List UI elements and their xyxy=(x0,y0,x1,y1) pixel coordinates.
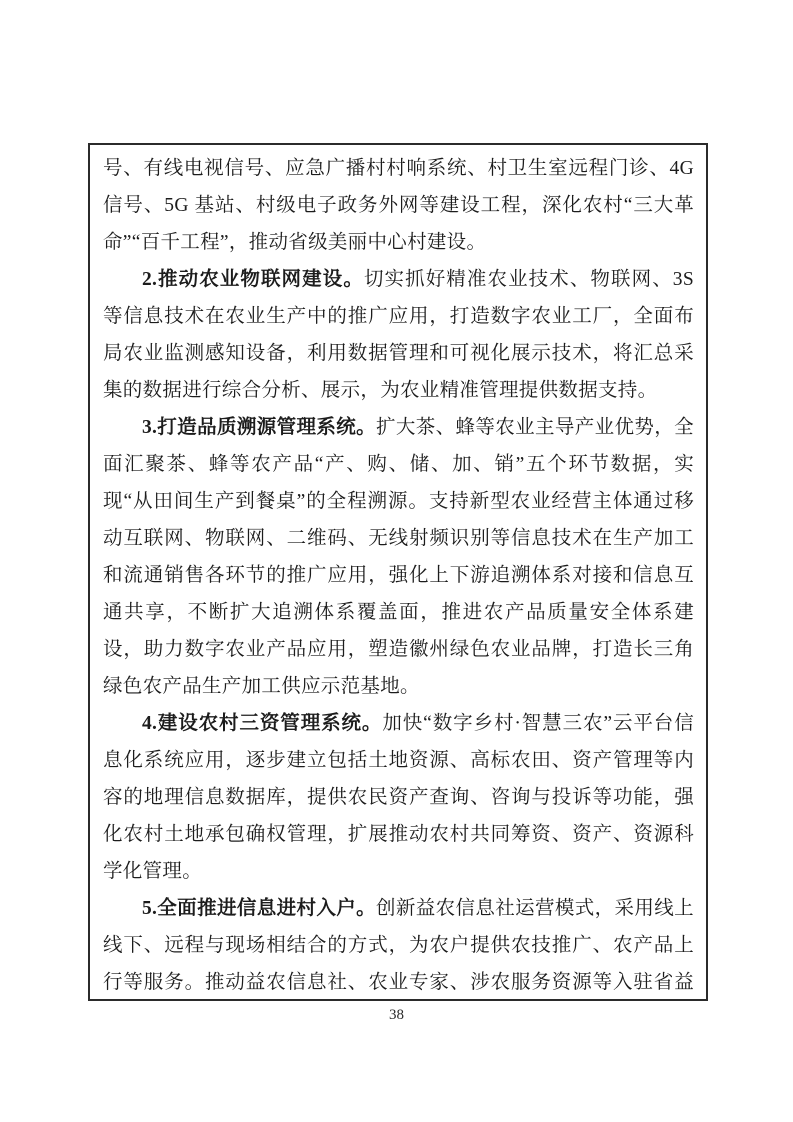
paragraph-body: 扩大茶、蜂等农业主导产业优势，全面汇聚茶、蜂等农产品“产、购、储、加、销”五个环… xyxy=(103,417,694,697)
paragraph-body: 加快“数字乡村·智慧三农”云平台信息化系统应用，逐步建立包括土地资源、高标农田、… xyxy=(103,713,694,882)
footer: 38 xyxy=(0,1006,793,1024)
page-number: 38 xyxy=(389,1007,404,1023)
paragraph-continuation: 号、有线电视信号、应急广播村村响系统、村卫生室远程门诊、4G 信号、5G 基站、… xyxy=(103,150,694,261)
paragraph-5-info-to-village: 5.全面推进信息进村入户。创新益农信息社运营模式，采用线上线下、远程与现场相结合… xyxy=(103,890,694,1001)
paragraph-lead: 5.全面推进信息进村入户。 xyxy=(142,898,376,919)
paragraph-2-agriculture-iot: 2.推动农业物联网建设。切实抓好精准农业技术、物联网、3S 等信息技术在农业生产… xyxy=(103,261,694,409)
paragraph-lead: 3.打造品质溯源管理系统。 xyxy=(142,417,376,438)
paragraph-3-quality-traceability: 3.打造品质溯源管理系统。扩大茶、蜂等农业主导产业优势，全面汇聚茶、蜂等农产品“… xyxy=(103,409,694,705)
document-page: 号、有线电视信号、应急广播村村响系统、村卫生室远程门诊、4G 信号、5G 基站、… xyxy=(0,0,793,1122)
table-cell-content-box: 号、有线电视信号、应急广播村村响系统、村卫生室远程门诊、4G 信号、5G 基站、… xyxy=(88,143,708,1001)
paragraph-lead: 4.建设农村三资管理系统。 xyxy=(142,713,382,734)
paragraph-4-rural-assets-system: 4.建设农村三资管理系统。加快“数字乡村·智慧三农”云平台信息化系统应用，逐步建… xyxy=(103,705,694,890)
paragraph-body: 号、有线电视信号、应急广播村村响系统、村卫生室远程门诊、4G 信号、5G 基站、… xyxy=(103,158,694,253)
paragraph-lead: 2.推动农业物联网建设。 xyxy=(142,269,364,290)
